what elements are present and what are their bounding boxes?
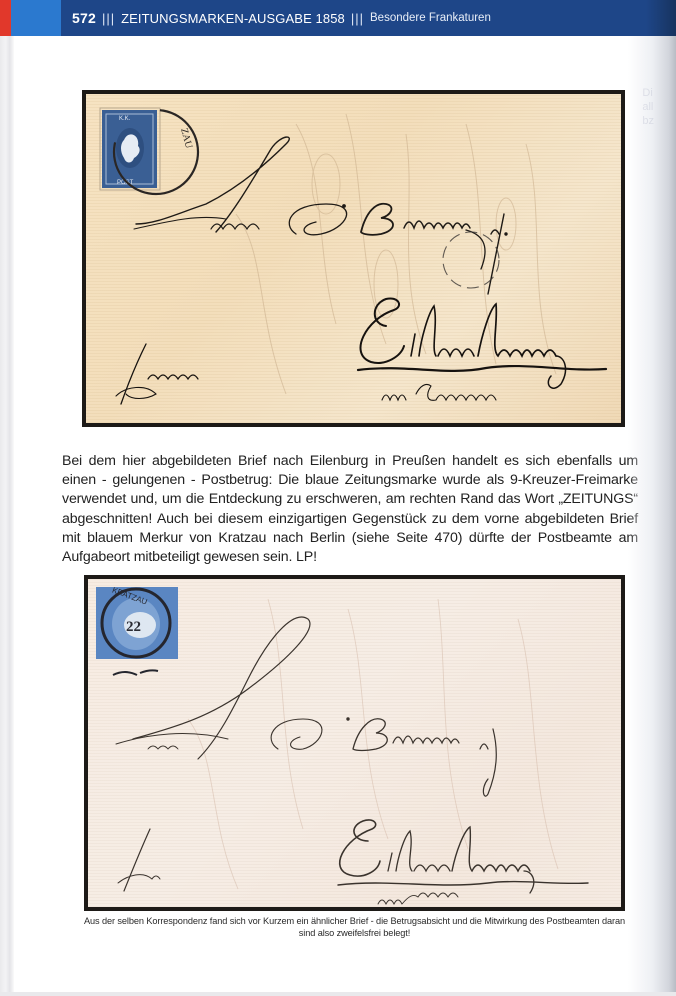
bleed-through-text: Di all bz xyxy=(642,86,654,128)
header-separator: ||| xyxy=(351,11,364,26)
header-accent-block xyxy=(11,0,61,36)
stamp-1: K.K. POST xyxy=(100,108,160,190)
header-separator: ||| xyxy=(102,11,115,26)
body-paragraph: Bei dem hier abgebildeten Brief nach Eil… xyxy=(62,452,638,567)
page-bottom-edge xyxy=(0,992,676,996)
header-text: 572 ||| ZEITUNGSMARKEN-AUSGABE 1858 ||| … xyxy=(61,0,491,36)
svg-text:K.K.: K.K. xyxy=(119,116,131,122)
page-binding-edge xyxy=(0,36,14,996)
letter-2-drawing: 22 KRATZAU xyxy=(88,579,621,907)
sub-section-title: Besondere Frankaturen xyxy=(370,12,491,24)
bleed-line: bz xyxy=(642,114,654,128)
letter-image-1: K.K. POST ZAU xyxy=(82,90,625,427)
svg-text:22: 22 xyxy=(126,619,141,635)
bleed-line: Di xyxy=(642,86,654,100)
bleed-line: all xyxy=(642,100,654,114)
header-shade xyxy=(646,0,676,36)
page-edge-red-marker xyxy=(0,0,11,36)
stamp-2: 22 KRATZAU xyxy=(96,586,178,675)
page-curl-shadow: Di all bz xyxy=(628,36,676,996)
letter-image-2: 22 KRATZAU xyxy=(84,575,625,911)
section-title: ZEITUNGSMARKEN-AUSGABE 1858 xyxy=(121,11,345,26)
figure-caption: Aus der selben Korrespondenz fand sich v… xyxy=(84,915,625,940)
page-number: 572 xyxy=(72,10,96,26)
letter-1-drawing: K.K. POST ZAU xyxy=(86,94,621,423)
running-header: 572 ||| ZEITUNGSMARKEN-AUSGABE 1858 ||| … xyxy=(11,0,676,36)
